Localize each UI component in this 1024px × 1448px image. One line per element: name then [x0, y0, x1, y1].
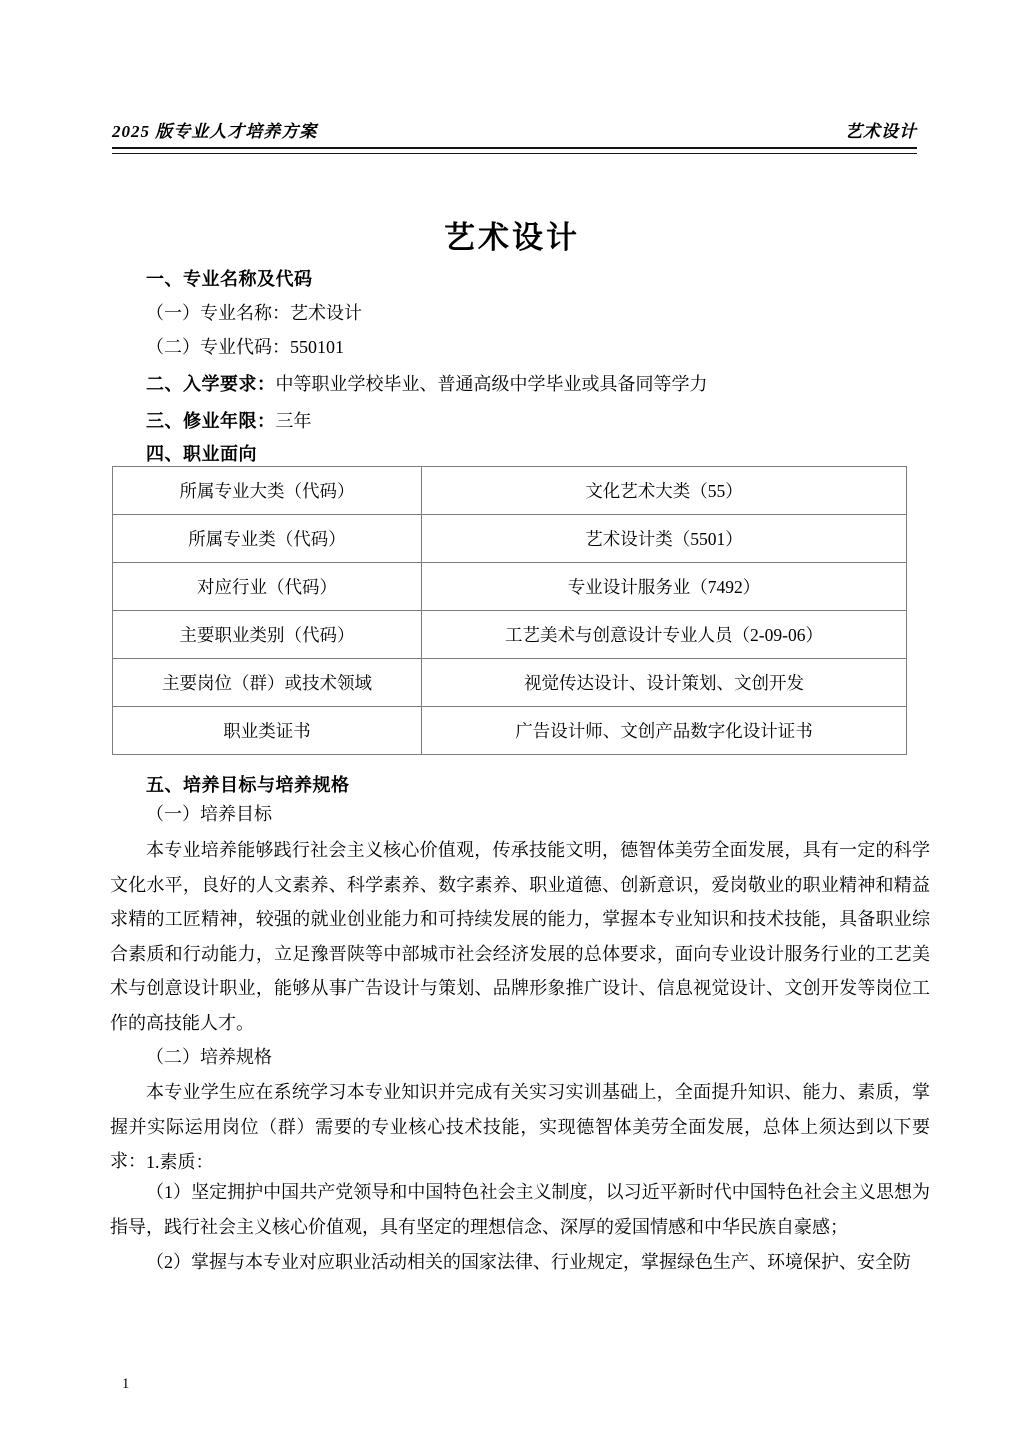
page-header: 2025 版专业人才培养方案 艺术设计 [112, 117, 917, 142]
table-value-cell: 文化艺术大类（55） [422, 467, 907, 515]
table-value-cell: 艺术设计类（5501） [422, 515, 907, 563]
table-row: 职业类证书 广告设计师、文创产品数字化设计证书 [113, 707, 907, 755]
table-value-cell: 专业设计服务业（7492） [422, 563, 907, 611]
table-label-cell: 主要职业类别（代码） [113, 611, 422, 659]
header-right-title: 艺术设计 [845, 117, 917, 142]
table-label-cell: 所属专业大类（代码） [113, 467, 422, 515]
study-period-label: 三、修业年限： [146, 411, 276, 431]
training-spec-subheading: （二）培养规格 [110, 1040, 930, 1075]
document-page: 2025 版专业人才培养方案 艺术设计 艺术设计 一、专业名称及代码 （一）专业… [0, 0, 1024, 1448]
table-row: 对应行业（代码） 专业设计服务业（7492） [113, 563, 907, 611]
table-row: 主要岗位（群）或技术领域 视觉传达设计、设计策划、文创开发 [113, 659, 907, 707]
table-value-cell: 视觉传达设计、设计策划、文创开发 [422, 659, 907, 707]
specialty-code-item: （二）专业代码：550101 [110, 330, 930, 365]
table-label-cell: 主要岗位（群）或技术领域 [113, 659, 422, 707]
training-objective-paragraph: 本专业培养能够践行社会主义核心价值观，传承技能文明，德智体美劳全面发展，具有一定… [110, 833, 930, 1040]
admission-requirements-line: 二、入学要求：中等职业学校毕业、普通高级中学毕业或具备同等学力 [110, 367, 930, 402]
page-title: 艺术设计 [0, 212, 1024, 257]
header-left-title: 2025 版专业人才培养方案 [112, 117, 317, 142]
training-objective-subheading: （一）培养目标 [110, 797, 930, 832]
quality-item-1: （1）坚定拥护中国共产党领导和中国特色社会主义制度，以习近平新时代中国特色社会主… [110, 1175, 930, 1244]
table-value-cell: 广告设计师、文创产品数字化设计证书 [422, 707, 907, 755]
page-number: 1 [122, 1376, 129, 1393]
table-row: 所属专业大类（代码） 文化艺术大类（55） [113, 467, 907, 515]
table-label-cell: 对应行业（代码） [113, 563, 422, 611]
admission-requirements-text: 中等职业学校毕业、普通高级中学毕业或具备同等学力 [276, 374, 708, 394]
career-orientation-table: 所属专业大类（代码） 文化艺术大类（55） 所属专业类（代码） 艺术设计类（55… [112, 466, 907, 755]
table-label-cell: 职业类证书 [113, 707, 422, 755]
specialty-name-item: （一）专业名称：艺术设计 [110, 296, 930, 331]
table-value-cell: 工艺美术与创意设计专业人员（2-09-06） [422, 611, 907, 659]
quality-item-2: （2）掌握与本专业对应职业活动相关的国家法律、行业规定，掌握绿色生产、环境保护、… [110, 1245, 930, 1280]
header-rule [112, 147, 917, 154]
study-period-line: 三、修业年限：三年 [110, 404, 930, 439]
study-period-text: 三年 [276, 411, 312, 431]
table-label-cell: 所属专业类（代码） [113, 515, 422, 563]
admission-requirements-label: 二、入学要求： [146, 374, 276, 394]
section-1-heading: 一、专业名称及代码 [110, 262, 930, 297]
table-row: 主要职业类别（代码） 工艺美术与创意设计专业人员（2-09-06） [113, 611, 907, 659]
table-row: 所属专业类（代码） 艺术设计类（5501） [113, 515, 907, 563]
